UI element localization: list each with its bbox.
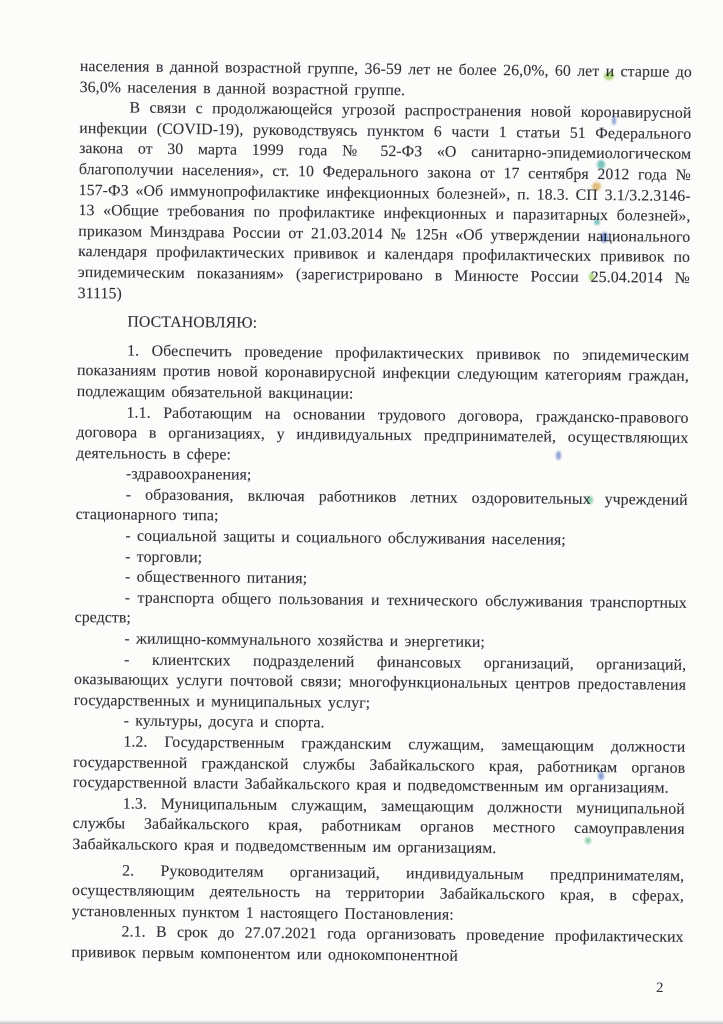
item-1-2-state-civil-servants: 1.2. Государственным гражданским служащи…	[73, 732, 686, 800]
item-2-organization-leaders: 2. Руководителям организаций, индивидуал…	[72, 861, 685, 929]
document-body: населения в данной возрастной группе, 36…	[71, 57, 692, 969]
paragraph-legal-basis: В связи с продолжающейся угрозой распрос…	[78, 98, 692, 310]
list-item-transport: - транспорта общего пользования и технич…	[75, 588, 687, 635]
item-1-vaccination-mandate: 1. Обеспечить проведение профилактически…	[77, 341, 690, 409]
list-item-finance-postal-mfc: - клиентских подразделений финансовых ор…	[74, 650, 687, 718]
decree-heading: ПОСТАНОВЛЯЮ:	[77, 312, 689, 338]
item-1-3-municipal-servants: 1.3. Муниципальным служащим, замещающим …	[72, 794, 685, 862]
scan-bottom-edge-shadow	[0, 1020, 723, 1024]
page-number: 2	[656, 980, 664, 997]
list-item-education: - образования, включая работников летних…	[75, 485, 687, 532]
item-2-1-vaccination-deadline: 2.1. В срок до 27.07.2021 года организов…	[71, 922, 683, 969]
paragraph-age-group-continuation: населения в данной возрастной группе, 36…	[80, 57, 692, 104]
scanned-document-page: населения в данной возрастной группе, 36…	[0, 0, 723, 1024]
item-1-1-workers: 1.1. Работающим на основании трудового д…	[76, 402, 689, 470]
